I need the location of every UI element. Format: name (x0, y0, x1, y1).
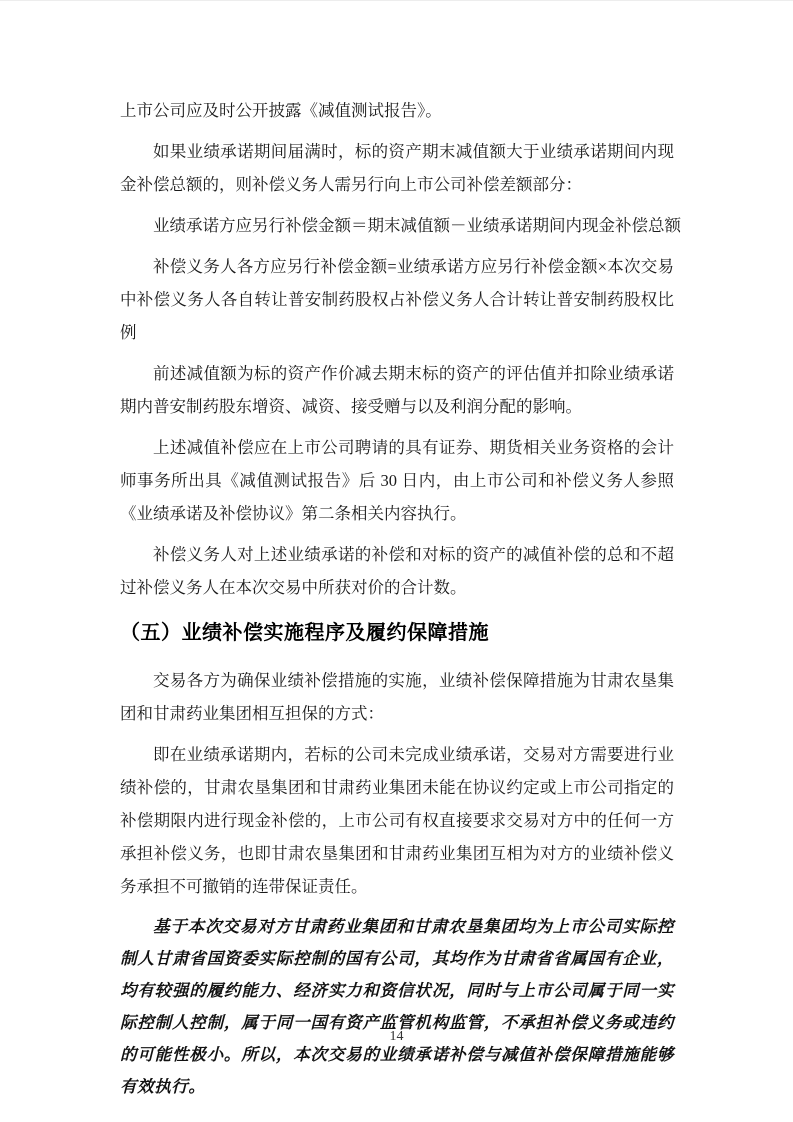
paragraph-disclosure: 上市公司应及时公开披露《减值测试报告》。 (120, 94, 674, 127)
paragraph-allocation-formula: 补偿义务人各方应另行补偿金额=业绩承诺方应另行补偿金额×本次交易中补偿义务人各自… (120, 250, 674, 349)
paragraph-impairment-definition: 前述减值额为标的资产作价减去期末标的资产的评估值并扣除业绩承诺期内普安制药股东增… (120, 357, 674, 423)
paragraph-compensation-cap: 补偿义务人对上述业绩承诺的补偿和对标的资产的减值补偿的总和不超过补偿义务人在本次… (120, 538, 674, 604)
page-footer: 14 (0, 1029, 793, 1045)
section-heading-five: （五）业绩补偿实施程序及履约保障措施 (120, 618, 674, 648)
paragraph-execution-procedure: 上述减值补偿应在上市公司聘请的具有证券、期货相关业务资格的会计师事务所出具《减值… (120, 431, 674, 530)
paragraph-guarantee-detail: 即在业绩承诺期内，若标的公司未完成业绩承诺，交易对方需要进行业绩补偿的，甘肃农垦… (120, 738, 674, 903)
document-page: { "page": { "number": "14", "background_… (0, 0, 793, 1122)
paragraph-conclusion-emphasis: 基于本次交易对方甘肃药业集团和甘肃农垦集团均为上市公司实际控制人甘肃省国资委实际… (120, 911, 674, 1103)
paragraph-impairment-condition: 如果业绩承诺期间届满时，标的资产期末减值额大于业绩承诺期间内现金补偿总额的，则补… (120, 135, 674, 201)
page-number: 14 (390, 1029, 404, 1044)
document-body: 上市公司应及时公开披露《减值测试报告》。 如果业绩承诺期间届满时，标的资产期末减… (120, 94, 674, 1111)
formula-additional-compensation: 业绩承诺方应另行补偿金额＝期末减值额－业绩承诺期间内现金补偿总额 (120, 209, 674, 242)
paragraph-guarantee-intro: 交易各方为确保业绩补偿措施的实施，业绩补偿保障措施为甘肃农垦集团和甘肃药业集团相… (120, 664, 674, 730)
